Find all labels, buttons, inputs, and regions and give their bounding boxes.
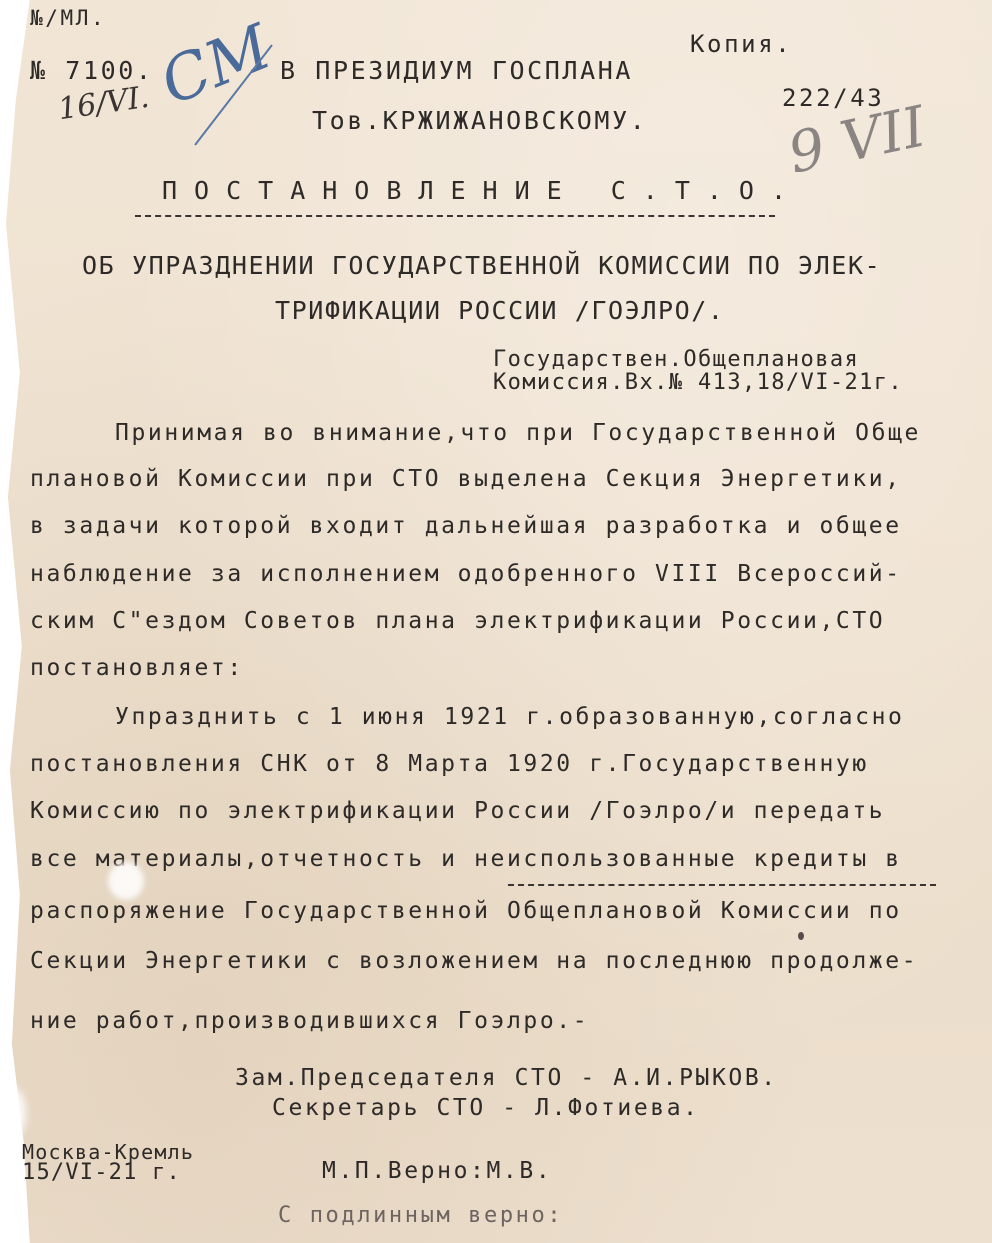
credits-underline — [508, 884, 936, 886]
seal-note: М.П.Верно:М.В. — [322, 1160, 552, 1183]
paragraph-2-line-1: Упразднить с 1 июня 1921 г.образованную,… — [115, 706, 904, 729]
subtitle-line-2: ТРИФИКАЦИИ РОССИИ /ГОЭЛРО/. — [275, 298, 725, 323]
paragraph-1-line-5: ским С"ездом Советов плана электрификаци… — [30, 610, 885, 633]
blue-pencil-stroke-icon — [180, 40, 280, 150]
title-underline — [135, 215, 775, 217]
paragraph-2-line-5: распоряжение Государственной Общепланово… — [30, 900, 902, 923]
paper-wear-spot — [0, 1088, 26, 1138]
incoming-stamp-line-2: Комиссия.Вх.№ 413,18/VI-21г. — [493, 372, 903, 394]
incoming-stamp-line-1: Государствен.Общеплановая — [493, 348, 859, 371]
copy-label: Копия. — [690, 32, 792, 56]
place-of-issue: Москва-Кремль — [22, 1142, 194, 1162]
outgoing-number: № 7100. — [30, 58, 154, 83]
signature-secretary: Секретарь СТО - Л.Фотиева. — [272, 1097, 700, 1120]
paper-wear-spot — [108, 862, 144, 900]
paragraph-1-line-2: плановой Комиссии при СТО выделена Секци… — [30, 468, 902, 491]
paragraph-2-line-3: Комиссию по электрификации России /Гоэлр… — [30, 800, 885, 823]
subtitle-line-1: ОБ УПРАЗДНЕНИИ ГОСУДАРСТВЕННОЙ КОМИССИИ … — [82, 253, 881, 278]
paragraph-2-line-6: Секции Энергетики с возложением на после… — [30, 950, 918, 973]
paragraph-1-line-3: в задачи которой входит дальнейшая разра… — [30, 515, 902, 538]
certification-note: С подлинным верно: — [278, 1205, 563, 1227]
paragraph-2-line-7: ние работ,производившихся Гоэлро.- — [30, 1010, 589, 1033]
addressee-line-1: В ПРЕЗИДИУМ ГОСПЛАНА — [280, 58, 633, 83]
signature-deputy-chairman: Зам.Председателя СТО - А.И.РЫКОВ. — [235, 1067, 778, 1090]
issue-date: 15/VI-21 г. — [22, 1162, 181, 1184]
paragraph-2-line-4: все материалы,отчетность и неиспользован… — [30, 848, 902, 871]
paragraph-1-line-1: Принимая во внимание,что при Государстве… — [115, 422, 921, 445]
paragraph-1-line-4: наблюдение за исполнением одобренного VI… — [30, 563, 902, 586]
paragraph-2-line-2: постановления СНК от 8 Марта 1920 г.Госу… — [30, 753, 869, 776]
paragraph-1-line-6: постановляет: — [30, 657, 244, 680]
document-title: ПОСТАНОВЛЕНИЕ С.Т.О. — [162, 178, 803, 203]
ink-blot — [798, 932, 804, 940]
addressee-line-2: Тов.КРЖИЖАНОВСКОМУ. — [312, 108, 647, 133]
ref-top-left: №/МЛ. — [30, 8, 106, 29]
